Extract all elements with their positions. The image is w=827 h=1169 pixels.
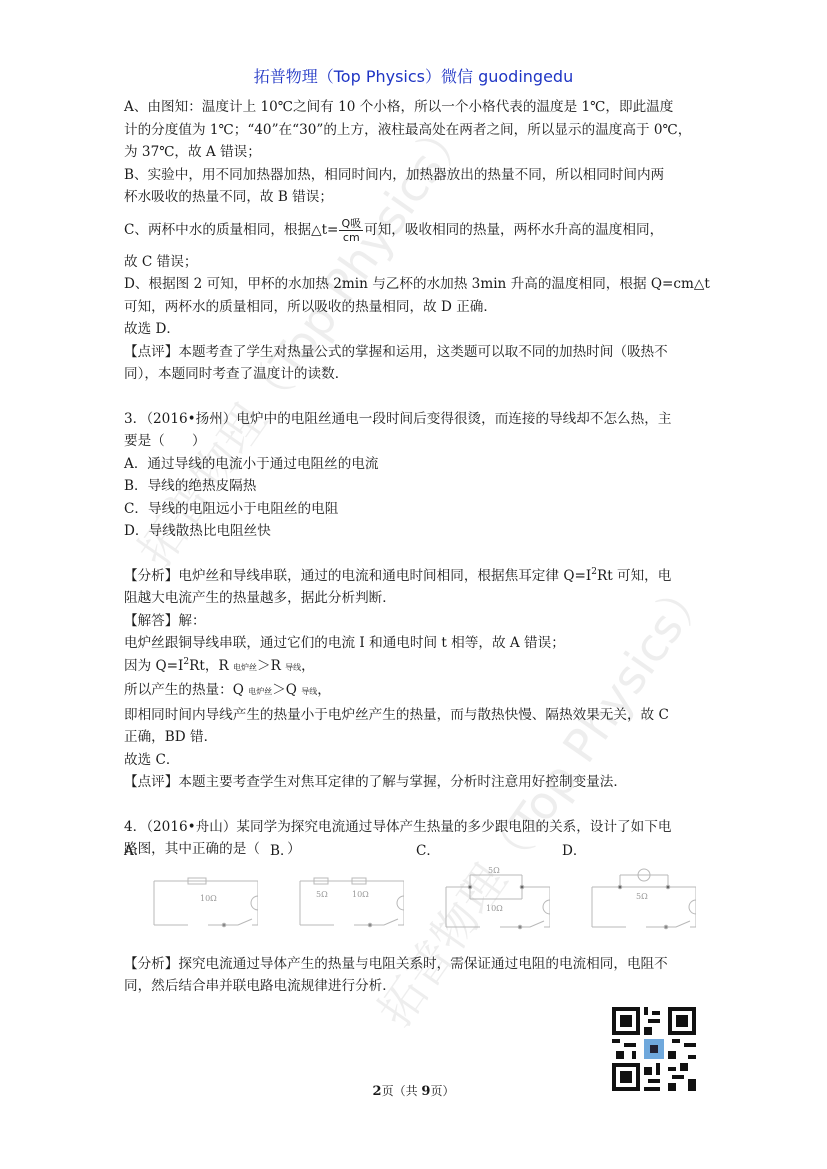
- text: C、两杯中水的质量相同，根据△t=: [124, 222, 338, 238]
- fraction: Q吸cm: [339, 217, 363, 244]
- page-number: 2: [373, 1084, 382, 1099]
- svg-text:5Ω: 5Ω: [316, 890, 328, 899]
- text-line: 故 C 错误；: [124, 251, 709, 274]
- text: 【分析】电炉丝和导线串联，通过的电流和通电时间相同，根据焦耳定律 Q=I: [124, 568, 591, 584]
- comment-line: 【点评】本题考查了学生对热量公式的掌握和运用，这类题可以取不同的加热时间（吸热不: [124, 341, 709, 364]
- svg-text:10Ω: 10Ω: [486, 904, 503, 913]
- page-header: 拓普物理（Top Physics）微信 guodingedu: [0, 64, 827, 87]
- text-line: 为 37℃，故 A 错误；: [124, 141, 709, 164]
- question-stem: 3．（2016•扬州）电炉中的电阻丝通电一段时间后变得很烫，而连接的导线却不怎么…: [124, 408, 709, 431]
- circuit-options: A． 10Ω B． 5Ω 10Ω C． 5Ω 10Ω: [124, 867, 709, 937]
- answer-line: 因为 Q=I2Rt，R 电炉丝＞R 导线，: [124, 655, 709, 680]
- text-line: D、根据图 2 可知，甲杯的水加热 2min 与乙杯的水加热 3min 升高的温…: [124, 273, 709, 296]
- text: 页（共: [382, 1084, 422, 1098]
- fraction-denominator: cm: [339, 231, 363, 244]
- fraction-numerator: Q吸: [339, 217, 363, 231]
- analysis-line: 【分析】探究电流通过导体产生的热量与电阻关系时，需保证通过电阻的电流相同，电阻不: [124, 953, 709, 976]
- answer-line: 所以产生的热量：Q 电炉丝＞Q 导线，: [124, 679, 709, 704]
- option-label: D．: [562, 840, 587, 863]
- circuit-diagram-icon: 5Ω 10Ω: [294, 867, 404, 933]
- question-stem: 要是（ ）: [124, 430, 709, 453]
- answer-line: 即相同时间内导线产生的热量小于电炉丝产生的热量，而与散热快慢、隔热效果无关，故 …: [124, 704, 709, 727]
- text: ＞R: [257, 658, 285, 674]
- answer-heading: 【解答】解：: [124, 610, 709, 633]
- analysis-line: 【分析】电炉丝和导线串联，通过的电流和通电时间相同，根据焦耳定律 Q=I2Rt …: [124, 565, 709, 588]
- comment-line: 同），本题同时考查了温度计的读数．: [124, 363, 709, 386]
- subscript: 电炉丝: [233, 663, 257, 672]
- text-line: A、由图知：温度计上 10℃之间有 10 个小格，所以一个小格代表的温度是 1℃…: [124, 96, 709, 119]
- question-stem: 4．（2016•舟山）某同学为探究电流通过导体产生热量的多少跟电阻的关系，设计了…: [124, 816, 709, 839]
- analysis-line: 同，然后结合串并联电路电流规律进行分析．: [124, 975, 709, 998]
- subscript: 电炉丝: [248, 687, 272, 696]
- text: ＞Q: [272, 682, 301, 698]
- answer-line: 电炉丝跟铜导线串联，通过它们的电流 I 和通电时间 t 相等，故 A 错误；: [124, 632, 709, 655]
- option-label: A．: [124, 840, 147, 863]
- qr-code-icon: [612, 1007, 696, 1091]
- subscript: 导线: [301, 687, 317, 696]
- option-label: C．: [416, 840, 440, 863]
- document-body: A、由图知：温度计上 10℃之间有 10 个小格，所以一个小格代表的温度是 1℃…: [124, 96, 709, 998]
- text-line: 杯水吸收的热量不同，故 B 错误；: [124, 186, 709, 209]
- text: ，: [317, 682, 331, 698]
- svg-text:5Ω: 5Ω: [636, 892, 648, 901]
- text-line: 故选 D．: [124, 318, 709, 341]
- comment-line: 【点评】本题主要考查学生对焦耳定律的了解与掌握，分析时注意用好控制变量法．: [124, 771, 709, 794]
- text: 页）: [430, 1084, 454, 1098]
- choice-line: 故选 C．: [124, 749, 709, 772]
- svg-text:10Ω: 10Ω: [200, 894, 217, 903]
- svg-text:10Ω: 10Ω: [352, 890, 369, 899]
- option-d: D．导线散热比电阻丝快: [124, 520, 709, 543]
- page-footer: 2页（共 9页）: [0, 1082, 827, 1099]
- text: 所以产生的热量：Q: [124, 682, 248, 698]
- option-c: C．导线的电阻远小于电阻丝的电阻: [124, 498, 709, 521]
- text: ，: [301, 658, 315, 674]
- formula-line: C、两杯中水的质量相同，根据△t=Q吸cm可知，吸收相同的热量，两杯水升高的温度…: [124, 209, 709, 251]
- answer-line: 正确，BD 错．: [124, 726, 709, 749]
- text: Rt 可知，电: [597, 568, 671, 584]
- analysis-line: 阻越大电流产生的热量越多，据此分析判断．: [124, 587, 709, 610]
- text-line: 可知，两杯水的质量相同，所以吸收的热量相同，故 D 正确．: [124, 296, 709, 319]
- subscript: 导线: [285, 663, 301, 672]
- circuit-diagram-icon: 5Ω: [586, 867, 696, 933]
- text-line: B、实验中，用不同加热器加热，相同时间内，加热器放出的热量不同，所以相同时间内两: [124, 164, 709, 187]
- text: Rt，R: [189, 658, 233, 674]
- option-a: A．通过导线的电流小于通过电阻丝的电流: [124, 453, 709, 476]
- option-label: B．: [270, 840, 294, 863]
- circuit-diagram-icon: 10Ω: [148, 867, 258, 933]
- circuit-diagram-icon: 5Ω 10Ω: [440, 867, 550, 933]
- option-b: B．导线的绝热皮隔热: [124, 475, 709, 498]
- text-line: 计的分度值为 1℃；“40”在“30”的上方，液柱最高处在两者之间，所以显示的温…: [124, 119, 709, 142]
- text: 因为 Q=I: [124, 658, 183, 674]
- text: 可知，吸收相同的热量，两杯水升高的温度相同，: [364, 222, 663, 238]
- svg-text:5Ω: 5Ω: [488, 867, 500, 875]
